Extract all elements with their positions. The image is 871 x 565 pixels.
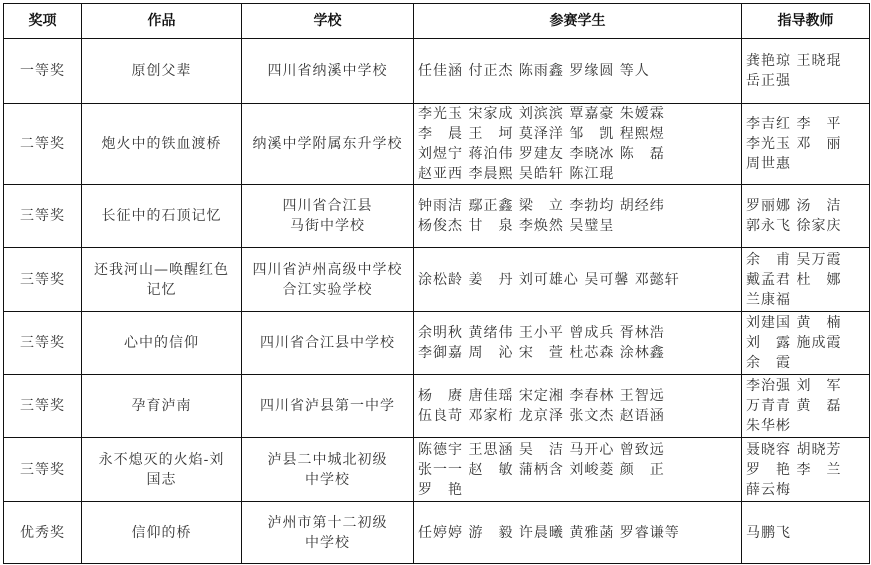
work-cell: 还我河山—唤醒红色 记忆 (82, 248, 242, 312)
header-work: 作品 (82, 4, 242, 39)
teachers-cell: 龚艳琼 王晓琨 岳正强 (742, 39, 870, 104)
award-cell: 二等奖 (4, 104, 82, 185)
table-row: 二等奖 炮火中的铁血渡桥 纳溪中学附属东升学校 李光玉 宋家成 刘滨滨 覃嘉豪 … (4, 104, 870, 185)
school-cell: 四川省合江县 马街中学校 (242, 185, 414, 248)
students-cell: 杨 赓 唐佳瑶 宋定湘 李春林 王智远 伍良苛 邓家桁 龙京泽 张文杰 赵语涵 (414, 375, 742, 438)
awards-table: 奖项 作品 学校 参赛学生 指导教师 一等奖 原创父辈 四川省纳溪中学校 任佳涵… (3, 3, 870, 564)
award-cell: 三等奖 (4, 375, 82, 438)
award-cell: 三等奖 (4, 185, 82, 248)
students-cell: 任婷婷 游 毅 许晨曦 黄雅菡 罗睿谦等 (414, 502, 742, 564)
header-award: 奖项 (4, 4, 82, 39)
teachers-cell: 罗丽娜 汤 洁 郭永飞 徐家庆 (742, 185, 870, 248)
school-cell: 泸州市第十二初级 中学校 (242, 502, 414, 564)
teachers-cell: 余 甫 吴万霞 戴孟君 杜 娜 兰康福 (742, 248, 870, 312)
table-row: 一等奖 原创父辈 四川省纳溪中学校 任佳涵 付正杰 陈雨鑫 罗缘圆 等人 龚艳琼… (4, 39, 870, 104)
work-cell: 炮火中的铁血渡桥 (82, 104, 242, 185)
table-row: 三等奖 长征中的石顶记忆 四川省合江县 马街中学校 钟雨洁 鄢正鑫 梁 立 李勃… (4, 185, 870, 248)
table-row: 三等奖 永不熄灭的火焰-刘 国志 泸县二中城北初级 中学校 陈德宇 王思涵 吴 … (4, 438, 870, 502)
award-cell: 三等奖 (4, 312, 82, 375)
students-cell: 余明秋 黄绪伟 王小平 曾成兵 胥林浩 李御嘉 周 沁 宋 萱 杜芯森 涂林鑫 (414, 312, 742, 375)
table-row: 三等奖 孕育泸南 四川省泸县第一中学 杨 赓 唐佳瑶 宋定湘 李春林 王智远 伍… (4, 375, 870, 438)
header-students: 参赛学生 (414, 4, 742, 39)
work-cell: 心中的信仰 (82, 312, 242, 375)
students-cell: 钟雨洁 鄢正鑫 梁 立 李勃均 胡经纬 杨俊杰 甘 泉 李焕然 吴璧呈 (414, 185, 742, 248)
teachers-cell: 聂晓容 胡晓芳 罗 艳 李 兰 薛云梅 (742, 438, 870, 502)
teachers-cell: 李吉红 李 平 李光玉 邓 丽 周世惠 (742, 104, 870, 185)
students-cell: 陈德宇 王思涵 吴 洁 马开心 曾致远 张一一 赵 敏 蒲柄含 刘峻菱 颜 正 … (414, 438, 742, 502)
work-cell: 原创父辈 (82, 39, 242, 104)
award-cell: 优秀奖 (4, 502, 82, 564)
table-row: 三等奖 还我河山—唤醒红色 记忆 四川省泸州高级中学校 合江实验学校 涂松龄 姜… (4, 248, 870, 312)
school-cell: 四川省泸州高级中学校 合江实验学校 (242, 248, 414, 312)
teachers-cell: 马鹏飞 (742, 502, 870, 564)
students-cell: 李光玉 宋家成 刘滨滨 覃嘉豪 朱嫒霖 李 晨 王 坷 莫泽洋 邹 凯 程熙煜 … (414, 104, 742, 185)
work-cell: 长征中的石顶记忆 (82, 185, 242, 248)
table-row: 三等奖 心中的信仰 四川省合江县中学校 余明秋 黄绪伟 王小平 曾成兵 胥林浩 … (4, 312, 870, 375)
work-cell: 信仰的桥 (82, 502, 242, 564)
table-row: 优秀奖 信仰的桥 泸州市第十二初级 中学校 任婷婷 游 毅 许晨曦 黄雅菡 罗睿… (4, 502, 870, 564)
work-cell: 孕育泸南 (82, 375, 242, 438)
students-cell: 涂松龄 姜 丹 刘可雄心 吴可馨 邓懿轩 (414, 248, 742, 312)
award-cell: 三等奖 (4, 438, 82, 502)
school-cell: 四川省泸县第一中学 (242, 375, 414, 438)
teachers-cell: 刘建国 黄 楠 刘 露 施成霞 余 霞 (742, 312, 870, 375)
header-row: 奖项 作品 学校 参赛学生 指导教师 (4, 4, 870, 39)
header-school: 学校 (242, 4, 414, 39)
school-cell: 纳溪中学附属东升学校 (242, 104, 414, 185)
work-cell: 永不熄灭的火焰-刘 国志 (82, 438, 242, 502)
school-cell: 泸县二中城北初级 中学校 (242, 438, 414, 502)
header-teachers: 指导教师 (742, 4, 870, 39)
school-cell: 四川省合江县中学校 (242, 312, 414, 375)
award-cell: 三等奖 (4, 248, 82, 312)
award-cell: 一等奖 (4, 39, 82, 104)
students-cell: 任佳涵 付正杰 陈雨鑫 罗缘圆 等人 (414, 39, 742, 104)
teachers-cell: 李治强 刘 军 万青青 黄 磊 朱华彬 (742, 375, 870, 438)
school-cell: 四川省纳溪中学校 (242, 39, 414, 104)
